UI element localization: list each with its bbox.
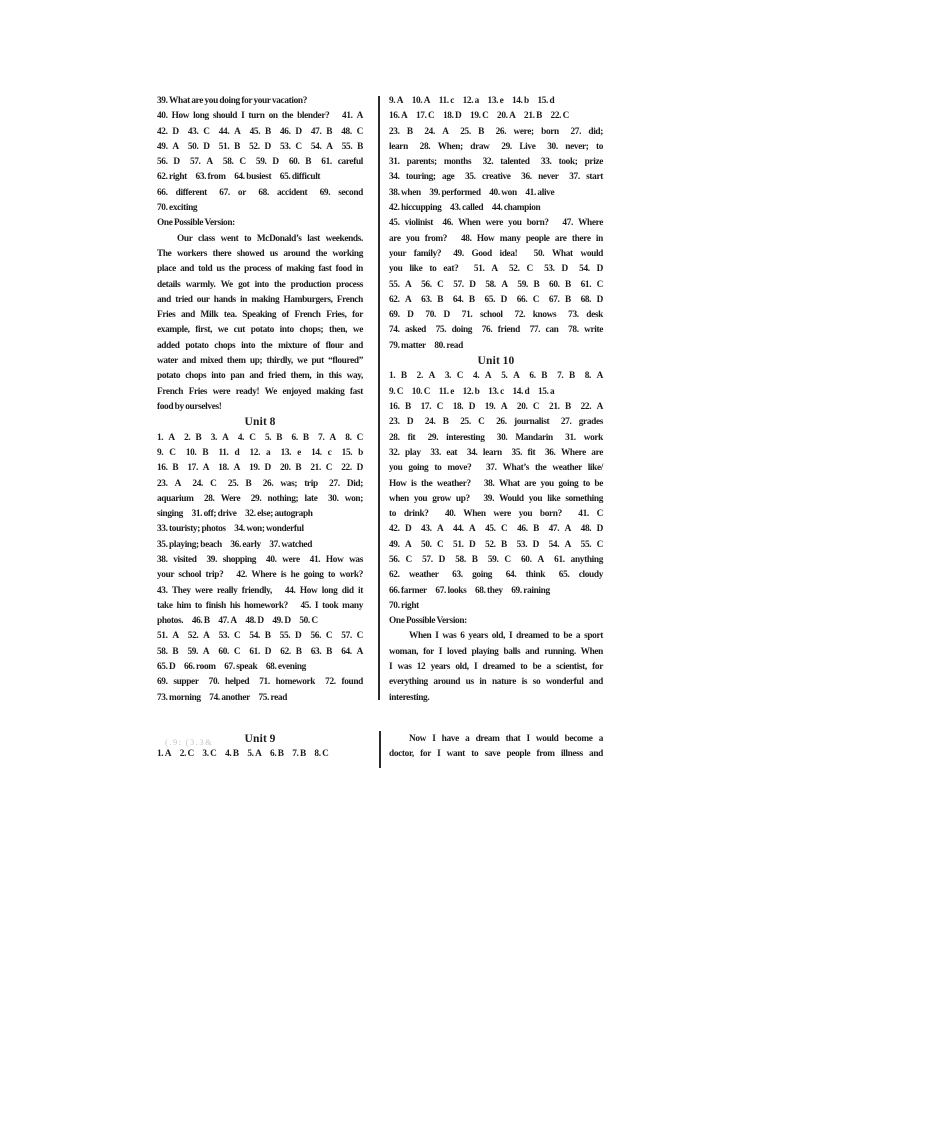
- essay-line: interesting.: [389, 691, 603, 706]
- answer-line: 33. touristy; photos 34. won; wonderful: [157, 522, 363, 537]
- answer-line: aquarium 28. Were 29. nothing; late 30. …: [157, 492, 363, 507]
- answer-line: you like to eat? 51. A 52. C 53. D 54. D: [389, 262, 603, 277]
- answer-line: 16. B 17. A 18. A 19. D 20. B 21. C 22. …: [157, 461, 363, 476]
- answer-line: 51. A 52. A 53. C 54. B 55. D 56. C 57. …: [157, 629, 363, 644]
- answer-line: 62. A 63. B 64. B 65. D 66. C 67. B 68. …: [389, 293, 603, 308]
- essay-line: woman, for I loved playing balls and run…: [389, 645, 603, 660]
- answer-line: 65. D 66. room 67. speak 68. evening: [157, 660, 363, 675]
- answer-line: 55. A 56. C 57. D 58. A 59. B 60. B 61. …: [389, 278, 603, 293]
- answer-line: 45. violinist 46. When were you born? 47…: [389, 216, 603, 231]
- answer-line: How is the weather? 38. What are you goi…: [389, 477, 603, 492]
- answer-line: 39. What are you doing for your vacation…: [157, 94, 363, 109]
- answer-line: 42. D 43. C 44. A 45. B 46. D 47. B 48. …: [157, 125, 363, 140]
- answer-line: One Possible Version:: [157, 216, 363, 231]
- answer-line: 9. A 10. A 11. c 12. a 13. e 14. b 15. d: [389, 94, 603, 109]
- answer-line: 40. How long should I turn on the blende…: [157, 109, 363, 124]
- answer-line: 38. visited 39. shopping 40. were 41. Ho…: [157, 553, 363, 568]
- bottom-right-column: Now I have a dream that I would become a…: [389, 732, 603, 763]
- essay-line: and tried our hands in making Hamburgers…: [157, 293, 363, 308]
- answer-line: 23. B 24. A 25. B 26. were; born 27. did…: [389, 125, 603, 140]
- right-column: 9. A 10. A 11. c 12. a 13. e 14. b 15. d…: [389, 94, 603, 706]
- answer-line: 9. C 10. C 11. e 12. b 13. c 14. d 15. a: [389, 385, 603, 400]
- answer-line: 58. B 59. A 60. C 61. D 62. B 63. B 64. …: [157, 645, 363, 660]
- unit-heading-label: Unit 8: [244, 416, 275, 428]
- essay-line: everything around us in nature is so won…: [389, 675, 603, 690]
- essay-line: Our class went to McDonald’s last weeken…: [157, 232, 363, 247]
- answer-line: to drink? 40. When were you born? 41. C: [389, 507, 603, 522]
- column-divider-bottom: [379, 731, 381, 768]
- answer-line: 9. C 10. B 11. d 12. a 13. e 14. c 15. b: [157, 446, 363, 461]
- essay-line: When I was 6 years old, I dreamed to be …: [389, 629, 603, 644]
- unit-heading: Unit 8: [157, 415, 363, 430]
- answer-line: One Possible Version:: [389, 614, 603, 629]
- answer-line: 73. morning 74. another 75. read: [157, 691, 363, 706]
- answer-line: 79. matter 80. read: [389, 339, 603, 354]
- answer-line: 1. B 2. A 3. C 4. A 5. A 6. B 7. B 8. A: [389, 369, 603, 384]
- answer-line: 31. parents; months 32. talented 33. too…: [389, 155, 603, 170]
- answer-line: your family? 49. Good idea! 50. What wou…: [389, 247, 603, 262]
- left-column: 39. What are you doing for your vacation…: [157, 94, 363, 706]
- essay-line: food by ourselves!: [157, 400, 363, 415]
- unit-heading-label: Unit 9: [244, 733, 275, 745]
- answer-line: when you grow up? 39. Would you like som…: [389, 492, 603, 507]
- essay-line: Now I have a dream that I would become a: [389, 732, 603, 747]
- essay-line: place and told us the process of making …: [157, 262, 363, 277]
- essay-line: potato chops into pan and fried them, in…: [157, 369, 363, 384]
- essay-line: Fries and Milk tea. Speaking of French F…: [157, 308, 363, 323]
- answer-line: 62. right 63. from 64. busiest 65. diffi…: [157, 170, 363, 185]
- answer-line: 42. D 43. A 44. A 45. C 46. B 47. A 48. …: [389, 522, 603, 537]
- column-divider: [378, 96, 380, 700]
- answer-line: 35. playing; beach 36. early 37. watched: [157, 538, 363, 553]
- answer-line: 70. right: [389, 599, 603, 614]
- answer-line: 16. B 17. C 18. D 19. A 20. C 21. B 22. …: [389, 400, 603, 415]
- answer-line: singing 31. off; drive 32. else; autogra…: [157, 507, 363, 522]
- answer-line: 23. A 24. C 25. B 26. was; trip 27. Did;: [157, 477, 363, 492]
- answer-line: are you from? 48. How many people are th…: [389, 232, 603, 247]
- answer-line: 66. different 67. or 68. accident 69. se…: [157, 186, 363, 201]
- answer-line: 66. farmer 67. looks 68. they 69. rainin…: [389, 584, 603, 599]
- answer-line: 16. A 17. C 18. D 19. C 20. A 21. B 22. …: [389, 109, 603, 124]
- answer-line: 70. exciting: [157, 201, 363, 216]
- answer-line: 49. A 50. C 51. D 52. B 53. D 54. A 55. …: [389, 538, 603, 553]
- answer-line: 1. A 2. B 3. A 4. C 5. B 6. B 7. A 8. C: [157, 431, 363, 446]
- essay-line: details warmly. We got into the producti…: [157, 278, 363, 293]
- answer-line: 23. D 24. B 25. C 26. journalist 27. gra…: [389, 415, 603, 430]
- essay-line: The workers there showed us around the w…: [157, 247, 363, 262]
- answer-line: 69. supper 70. helped 71. homework 72. f…: [157, 675, 363, 690]
- ghost-print-text: (.9: (3.3&: [165, 735, 213, 750]
- answer-line: 49. A 50. D 51. B 52. D 53. C 54. A 55. …: [157, 140, 363, 155]
- essay-line: French Fries were ready! We enjoyed maki…: [157, 385, 363, 400]
- answer-line: 34. touring; age 35. creative 36. never …: [389, 170, 603, 185]
- answer-line: 56. C 57. D 58. B 59. C 60. A 61. anythi…: [389, 553, 603, 568]
- answer-line: 32. play 33. eat 34. learn 35. fit 36. W…: [389, 446, 603, 461]
- essay-line: doctor, for I want to save people from i…: [389, 747, 603, 762]
- answer-line: learn 28. When; draw 29. Live 30. never;…: [389, 140, 603, 155]
- answer-key-page: 39. What are you doing for your vacation…: [0, 0, 945, 1122]
- answer-line: 56. D 57. A 58. C 59. D 60. B 61. carefu…: [157, 155, 363, 170]
- answer-line: 28. fit 29. interesting 30. Mandarin 31.…: [389, 431, 603, 446]
- essay-line: water and mixed them up; thirdly, we put…: [157, 354, 363, 369]
- bottom-left-column: (.9: (3.3&Unit 91. A 2. C 3. C 4. B 5. A…: [157, 732, 363, 763]
- unit-heading: (.9: (3.3&Unit 9: [157, 732, 363, 747]
- answer-line: 69. D 70. D 71. school 72. knows 73. des…: [389, 308, 603, 323]
- essay-line: added potato chops into the mixture of f…: [157, 339, 363, 354]
- answer-line: 62. weather 63. going 64. think 65. clou…: [389, 568, 603, 583]
- essay-line: example, first, we cut potato into chops…: [157, 323, 363, 338]
- unit-heading-label: Unit 10: [477, 355, 514, 367]
- answer-line: 43. They were really friendly, 44. How l…: [157, 584, 363, 599]
- answer-line: your school trip? 42. Where is he going …: [157, 568, 363, 583]
- answer-line: you going to move? 37. What’s the weathe…: [389, 461, 603, 476]
- unit-heading: Unit 10: [389, 354, 603, 369]
- essay-line: I was 12 years old, I dreamed to be a sc…: [389, 660, 603, 675]
- answer-line: 38. when 39. performed 40. won 41. alive: [389, 186, 603, 201]
- answer-line: photos. 46. B 47. A 48. D 49. D 50. C: [157, 614, 363, 629]
- answer-line: 42. hiccupping 43. called 44. champion: [389, 201, 603, 216]
- answer-line: 74. asked 75. doing 76. friend 77. can 7…: [389, 323, 603, 338]
- answer-line: take him to finish his homework? 45. I t…: [157, 599, 363, 614]
